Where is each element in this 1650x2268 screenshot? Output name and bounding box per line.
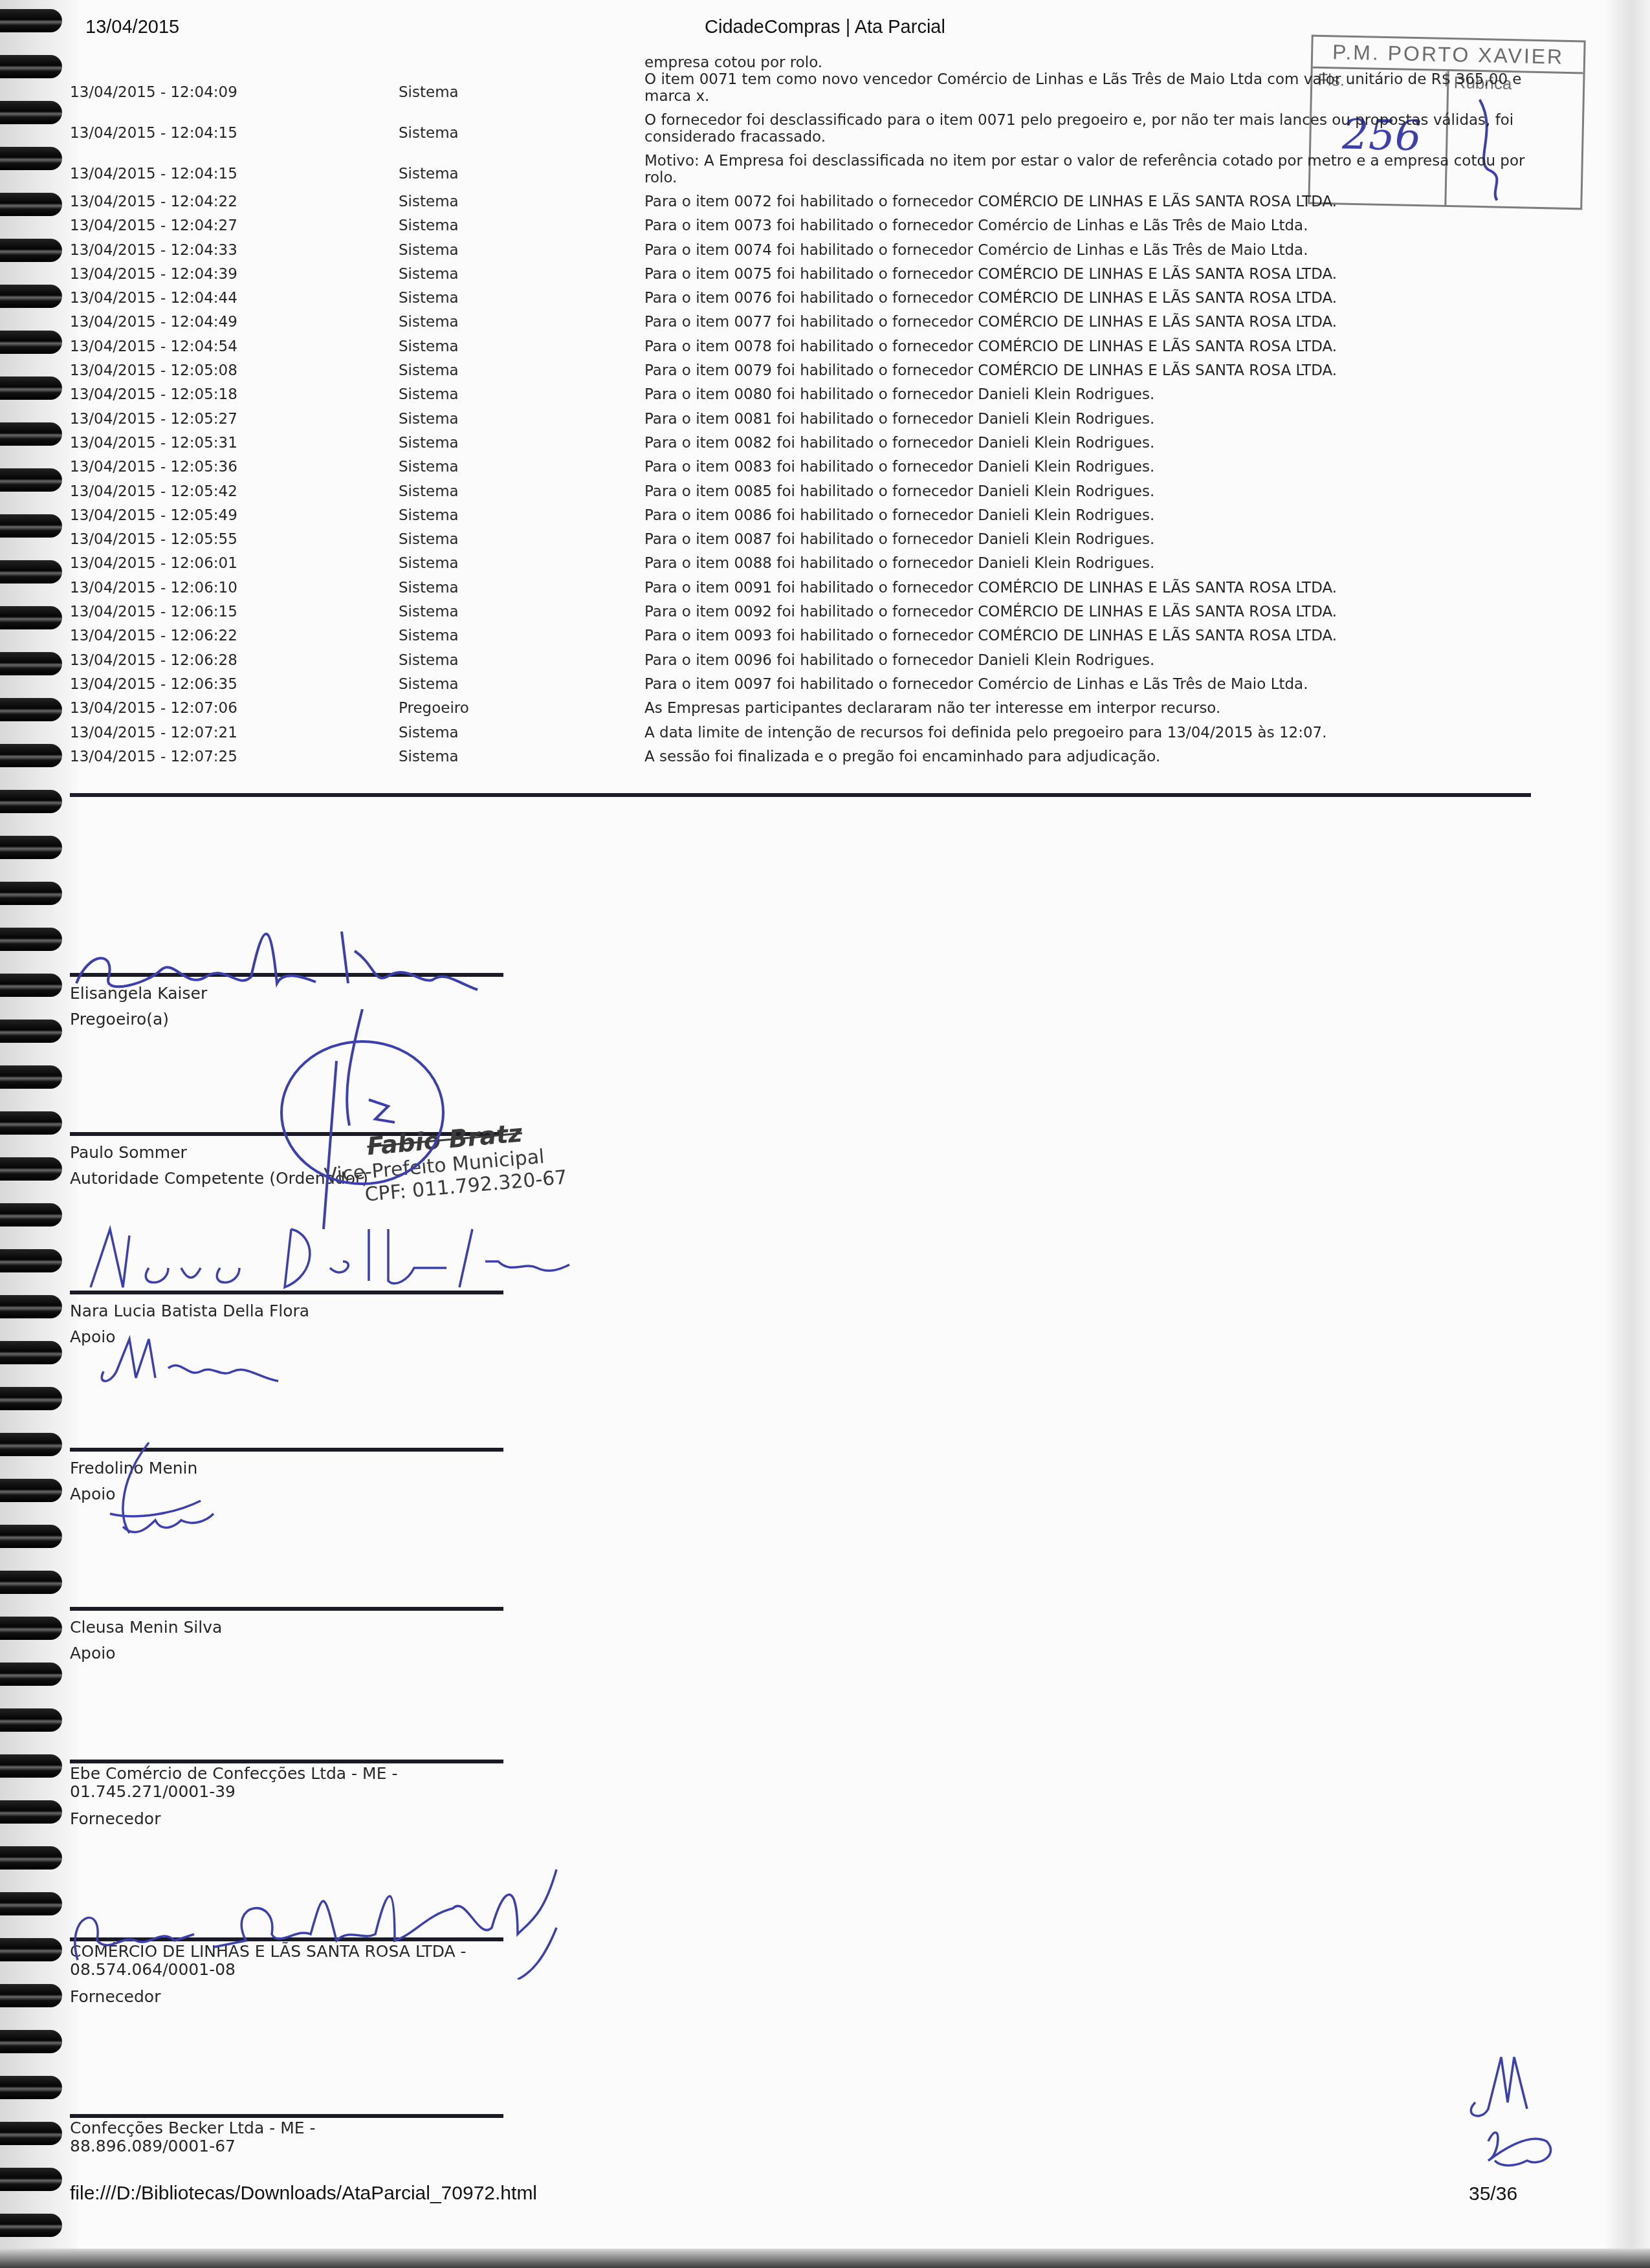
- log-message: Para o item 0079 foi habilitado o fornec…: [644, 362, 1526, 379]
- signature-dellaflora-icon: [84, 1223, 576, 1294]
- binding-ring: [0, 1938, 62, 1961]
- binding-ring: [0, 468, 62, 492]
- binding-ring: [0, 882, 62, 905]
- binding-ring: [0, 101, 62, 124]
- log-message: Para o item 0085 foi habilitado o fornec…: [644, 483, 1526, 500]
- binding-ring: [0, 239, 62, 262]
- binding-ring: [0, 1157, 62, 1181]
- binding-ring: [0, 1892, 62, 1915]
- signature-line: [70, 1760, 503, 1763]
- log-time: 13/04/2015 - 12:04:22: [70, 193, 399, 210]
- log-entry: 13/04/2015 - 12:06:10SistemaPara o item …: [70, 580, 1531, 596]
- binding-ring: [0, 1387, 62, 1410]
- log-entry: 13/04/2015 - 12:04:15SistemaMotivo: A Em…: [70, 153, 1531, 186]
- log-message: Para o item 0075 foi habilitado o fornec…: [644, 266, 1526, 283]
- binding-ring: [0, 790, 62, 813]
- binding-ring: [0, 147, 62, 170]
- log-time: 13/04/2015 - 12:05:27: [70, 411, 399, 428]
- signatory-cnpj: 08.574.064/0001-08: [70, 1961, 503, 1979]
- log-message: Para o item 0087 foi habilitado o fornec…: [644, 531, 1526, 548]
- log-entry: 13/04/2015 - 12:04:44SistemaPara o item …: [70, 290, 1531, 307]
- log-time: 13/04/2015 - 12:04:09: [70, 71, 399, 105]
- signatory-role: Fornecedor: [70, 1806, 503, 1832]
- signature-block: Confecções Becker Ltda - ME -88.896.089/…: [70, 2114, 503, 2155]
- log-author: Sistema: [399, 555, 644, 572]
- log-entry: 13/04/2015 - 12:05:42SistemaPara o item …: [70, 483, 1531, 500]
- log-entry: 13/04/2015 - 12:07:25SistemaA sessão foi…: [70, 748, 1531, 765]
- log-author: Sistema: [399, 153, 644, 186]
- binding-ring: [0, 1479, 62, 1502]
- signatory-name: Cleusa Menin Silva: [70, 1615, 503, 1641]
- log-entry: 13/04/2015 - 12:04:15SistemaO fornecedor…: [70, 112, 1531, 146]
- log-author: Sistema: [399, 362, 644, 379]
- log-author: Sistema: [399, 435, 644, 452]
- binding-ring: [0, 514, 62, 538]
- binding-ring: [0, 193, 62, 216]
- log-author: Sistema: [399, 459, 644, 475]
- binding-ring: [0, 422, 62, 446]
- log-time: 13/04/2015 - 12:04:54: [70, 338, 399, 355]
- log-entry: 13/04/2015 - 12:05:31SistemaPara o item …: [70, 435, 1531, 452]
- log-time: 13/04/2015 - 12:07:25: [70, 748, 399, 765]
- log-message: Para o item 0093 foi habilitado o fornec…: [644, 627, 1526, 644]
- log-message: A sessão foi finalizada e o pregão foi e…: [644, 748, 1526, 765]
- log-entry: 13/04/2015 - 12:04:27SistemaPara o item …: [70, 217, 1531, 234]
- log-entry: 13/04/2015 - 12:04:33SistemaPara o item …: [70, 242, 1531, 259]
- log-time: 13/04/2015 - 12:05:18: [70, 386, 399, 403]
- footer-url: file:///D:/Bibliotecas/Downloads/AtaParc…: [70, 2183, 537, 2205]
- signatory-name: Nara Lucia Batista Della Flora: [70, 1298, 503, 1324]
- log-entry: 13/04/2015 - 12:05:49SistemaPara o item …: [70, 507, 1531, 524]
- log-time: 13/04/2015 - 12:06:35: [70, 676, 399, 693]
- binding-ring: [0, 744, 62, 767]
- signatory-name: Ebe Comércio de Confecções Ltda - ME -: [70, 1765, 503, 1783]
- signature-block: Nara Lucia Batista Della FloraApoio: [70, 1291, 503, 1350]
- binding-ring: [0, 560, 62, 583]
- log-message: Para o item 0088 foi habilitado o fornec…: [644, 555, 1526, 572]
- log-message: Para o item 0078 foi habilitado o fornec…: [644, 338, 1526, 355]
- log-author: Sistema: [399, 338, 644, 355]
- binding-ring: [0, 2122, 62, 2145]
- signature-line: [70, 1607, 503, 1611]
- log-message: Para o item 0073 foi habilitado o fornec…: [644, 217, 1526, 234]
- log-entry: 13/04/2015 - 12:06:15SistemaPara o item …: [70, 604, 1531, 620]
- log-author: Sistema: [399, 411, 644, 428]
- binding-ring: [0, 1754, 62, 1778]
- log-time: 13/04/2015 - 12:06:22: [70, 627, 399, 644]
- log-author: Sistema: [399, 112, 644, 146]
- log-time: 13/04/2015 - 12:04:15: [70, 153, 399, 186]
- initials-scribble-icon: [1462, 2044, 1566, 2174]
- log-message: Para o item 0091 foi habilitado o fornec…: [644, 580, 1526, 596]
- binding-ring: [0, 1433, 62, 1456]
- log-entry: 13/04/2015 - 12:07:21SistemaA data limit…: [70, 725, 1531, 741]
- page-edge-bottom: [0, 2249, 1650, 2268]
- log-message: As Empresas participantes declararam não…: [644, 700, 1526, 717]
- log-author: Sistema: [399, 314, 644, 331]
- binding-ring: [0, 1249, 62, 1272]
- log-end-rule: [70, 793, 1531, 797]
- log-author: Sistema: [399, 748, 644, 765]
- binding-ring: [0, 2076, 62, 2099]
- signature-line: [70, 1937, 503, 1941]
- log-author: Sistema: [399, 531, 644, 548]
- binding-ring: [0, 606, 62, 629]
- binding-ring: [0, 1984, 62, 2007]
- signatory-role: Apoio: [70, 1324, 503, 1350]
- log-entry: 13/04/2015 - 12:04:39SistemaPara o item …: [70, 266, 1531, 283]
- log-message: O fornecedor foi desclassificado para o …: [644, 112, 1526, 146]
- log-time: 13/04/2015 - 12:05:08: [70, 362, 399, 379]
- signature-line: [70, 1448, 503, 1452]
- session-log: empresa cotou por rolo. 13/04/2015 - 12:…: [70, 54, 1531, 765]
- log-entry: 13/04/2015 - 12:04:09SistemaO item 0071 …: [70, 71, 1531, 105]
- log-author: Sistema: [399, 580, 644, 596]
- log-message: A data limite de intenção de recursos fo…: [644, 725, 1526, 741]
- log-entry: 13/04/2015 - 12:06:22SistemaPara o item …: [70, 627, 1531, 644]
- log-time: 13/04/2015 - 12:04:33: [70, 242, 399, 259]
- binding-ring: [0, 652, 62, 675]
- log-author: Sistema: [399, 725, 644, 741]
- signature-line: [70, 973, 503, 977]
- signature-line: [70, 1291, 503, 1294]
- log-time: 13/04/2015 - 12:07:06: [70, 700, 399, 717]
- log-author: Sistema: [399, 71, 644, 105]
- page-title: CidadeCompras | Ata Parcial: [0, 17, 1650, 38]
- log-time: 13/04/2015 - 12:05:55: [70, 531, 399, 548]
- signatory-cnpj: 88.896.089/0001-67: [70, 2137, 503, 2155]
- signatory-name: COMÉRCIO DE LINHAS E LÃS SANTA ROSA LTDA…: [70, 1943, 503, 1961]
- log-author: Sistema: [399, 266, 644, 283]
- signature-block: Cleusa Menin SilvaApoio: [70, 1607, 503, 1666]
- log-time: 13/04/2015 - 12:06:01: [70, 555, 399, 572]
- binding-ring: [0, 376, 62, 400]
- binding-ring: [0, 1846, 62, 1870]
- log-message: Para o item 0096 foi habilitado o fornec…: [644, 652, 1526, 669]
- log-author: Sistema: [399, 290, 644, 307]
- signature-block: COMÉRCIO DE LINHAS E LÃS SANTA ROSA LTDA…: [70, 1937, 503, 2010]
- log-entry: 13/04/2015 - 12:05:36SistemaPara o item …: [70, 459, 1531, 475]
- log-message: Para o item 0083 foi habilitado o fornec…: [644, 459, 1526, 475]
- binding-ring: [0, 55, 62, 78]
- log-time: 13/04/2015 - 12:04:27: [70, 217, 399, 234]
- binding-ring: [0, 1203, 62, 1227]
- log-entry: 13/04/2015 - 12:04:54SistemaPara o item …: [70, 338, 1531, 355]
- signatory-role: Apoio: [70, 1641, 503, 1666]
- log-continuation: empresa cotou por rolo.: [70, 54, 1531, 71]
- log-time: 13/04/2015 - 12:06:28: [70, 652, 399, 669]
- binding-ring: [0, 2030, 62, 2053]
- signatory-name: Confecções Becker Ltda - ME -: [70, 2119, 503, 2137]
- log-message: Para o item 0092 foi habilitado o fornec…: [644, 604, 1526, 620]
- page-edge: [1605, 0, 1650, 2268]
- log-message: Para o item 0097 foi habilitado o fornec…: [644, 676, 1526, 693]
- log-author: Sistema: [399, 217, 644, 234]
- log-author: Sistema: [399, 193, 644, 210]
- log-entry: 13/04/2015 - 12:04:22SistemaPara o item …: [70, 193, 1531, 210]
- log-author: Sistema: [399, 507, 644, 524]
- log-author: Sistema: [399, 652, 644, 669]
- log-time: 13/04/2015 - 12:06:15: [70, 604, 399, 620]
- official-stamp: Fabio Bratz Vice-Prefeito Municipal CPF:…: [321, 1115, 568, 1210]
- binding-ring: [0, 974, 62, 997]
- log-author: Sistema: [399, 627, 644, 644]
- signature-block: Ebe Comércio de Confecções Ltda - ME -01…: [70, 1760, 503, 1832]
- log-time: 13/04/2015 - 12:05:49: [70, 507, 399, 524]
- log-author: Sistema: [399, 483, 644, 500]
- spiral-binding: [0, 0, 78, 2268]
- log-author: Sistema: [399, 386, 644, 403]
- binding-ring: [0, 928, 62, 951]
- log-author: Sistema: [399, 604, 644, 620]
- signatory-cnpj: 01.745.271/0001-39: [70, 1783, 503, 1801]
- binding-ring: [0, 1295, 62, 1318]
- log-message: Para o item 0074 foi habilitado o fornec…: [644, 242, 1526, 259]
- log-message: Para o item 0080 foi habilitado o fornec…: [644, 386, 1526, 403]
- signatory-role: Pregoeiro(a): [70, 1007, 503, 1032]
- log-time: 13/04/2015 - 12:04:44: [70, 290, 399, 307]
- log-time: 13/04/2015 - 12:07:21: [70, 725, 399, 741]
- log-message: Para o item 0076 foi habilitado o fornec…: [644, 290, 1526, 307]
- log-entry: 13/04/2015 - 12:06:28SistemaPara o item …: [70, 652, 1531, 669]
- binding-ring: [0, 1341, 62, 1364]
- log-author: Sistema: [399, 242, 644, 259]
- log-entry: 13/04/2015 - 12:06:35SistemaPara o item …: [70, 676, 1531, 693]
- log-message: Motivo: A Empresa foi desclassificada no…: [644, 153, 1526, 186]
- binding-ring: [0, 1617, 62, 1640]
- log-entry: 13/04/2015 - 12:05:27SistemaPara o item …: [70, 411, 1531, 428]
- binding-ring: [0, 1571, 62, 1594]
- log-entry: 13/04/2015 - 12:07:06PregoeiroAs Empresa…: [70, 700, 1531, 717]
- binding-ring: [0, 836, 62, 859]
- log-message: Para o item 0082 foi habilitado o fornec…: [644, 435, 1526, 452]
- binding-ring: [0, 1800, 62, 1824]
- log-entry: 13/04/2015 - 12:05:55SistemaPara o item …: [70, 531, 1531, 548]
- binding-ring: [0, 2214, 62, 2237]
- signature-block: Fredolino MeninApoio: [70, 1448, 503, 1507]
- signatory-name: Elisangela Kaiser: [70, 981, 503, 1007]
- binding-ring: [0, 2168, 62, 2191]
- binding-ring: [0, 1525, 62, 1548]
- log-time: 13/04/2015 - 12:05:42: [70, 483, 399, 500]
- binding-ring: [0, 285, 62, 308]
- log-entry: 13/04/2015 - 12:06:01SistemaPara o item …: [70, 555, 1531, 572]
- log-time: 13/04/2015 - 12:04:39: [70, 266, 399, 283]
- log-time: 13/04/2015 - 12:04:49: [70, 314, 399, 331]
- log-message: Para o item 0081 foi habilitado o fornec…: [644, 411, 1526, 428]
- log-message: Para o item 0086 foi habilitado o fornec…: [644, 507, 1526, 524]
- log-entry: 13/04/2015 - 12:05:18SistemaPara o item …: [70, 386, 1531, 403]
- binding-ring: [0, 1708, 62, 1732]
- log-message: Para o item 0072 foi habilitado o fornec…: [644, 193, 1526, 210]
- log-time: 13/04/2015 - 12:05:36: [70, 459, 399, 475]
- log-time: 13/04/2015 - 12:04:15: [70, 112, 399, 146]
- signature-block: Elisangela KaiserPregoeiro(a): [70, 973, 503, 1032]
- signature-line: [70, 2114, 503, 2118]
- log-author: Pregoeiro: [399, 700, 644, 717]
- binding-ring: [0, 1663, 62, 1686]
- log-time: 13/04/2015 - 12:05:31: [70, 435, 399, 452]
- log-entry: 13/04/2015 - 12:05:08SistemaPara o item …: [70, 362, 1531, 379]
- log-message: Para o item 0077 foi habilitado o fornec…: [644, 314, 1526, 331]
- log-entry: 13/04/2015 - 12:04:49SistemaPara o item …: [70, 314, 1531, 331]
- binding-ring: [0, 1065, 62, 1089]
- binding-ring: [0, 698, 62, 721]
- signatory-role: Apoio: [70, 1481, 503, 1507]
- signatory-name: Fredolino Menin: [70, 1456, 503, 1481]
- binding-ring: [0, 1020, 62, 1043]
- binding-ring: [0, 331, 62, 354]
- log-time: 13/04/2015 - 12:06:10: [70, 580, 399, 596]
- signatory-role: Fornecedor: [70, 1984, 503, 2010]
- log-author: Sistema: [399, 676, 644, 693]
- binding-ring: [0, 1111, 62, 1135]
- log-message: O item 0071 tem como novo vencedor Comér…: [644, 71, 1526, 105]
- page-number: 35/36: [1469, 2183, 1517, 2205]
